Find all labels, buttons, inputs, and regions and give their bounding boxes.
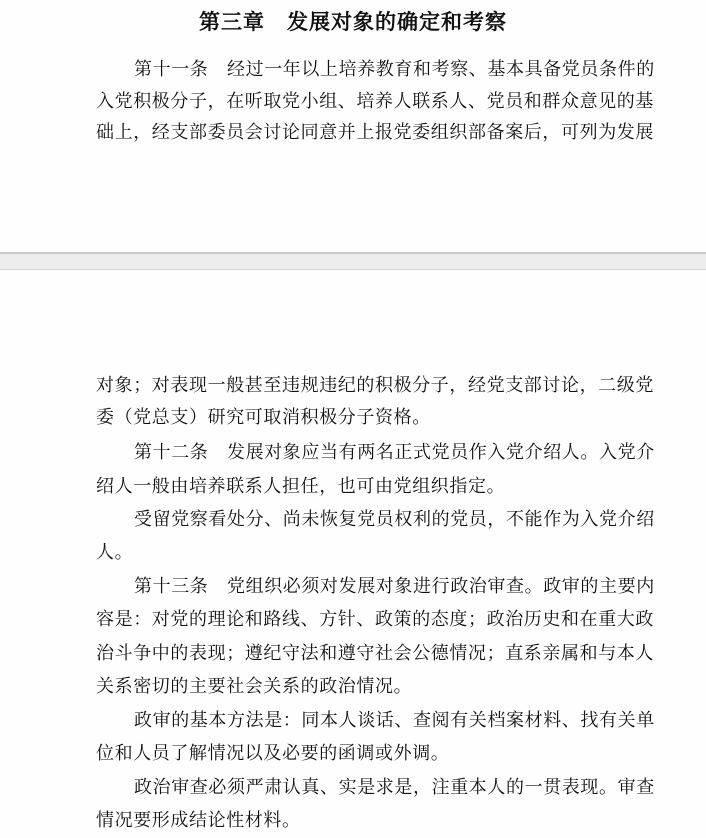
document-page-2: 对象；对表现一般甚至违规违纪的积极分子，经党支部讨论，二级党 委（党总支）研究可… bbox=[0, 270, 706, 838]
article-13-line-1: 第十三条 党组织必须对发展对象进行政治审查。政审的主要内 bbox=[134, 573, 652, 601]
page-break-separator bbox=[0, 252, 706, 270]
article-13-para3-line-2: 情况要形成结论性材料。 bbox=[96, 807, 652, 835]
article-12-para2-line-2: 人。 bbox=[96, 539, 652, 567]
article-12-line-2: 绍人一般由培养联系人担任，也可由党组织指定。 bbox=[96, 473, 652, 501]
article-13-line-2: 容是：对党的理论和路线、方针、政策的态度；政治历史和在重大政 bbox=[96, 606, 652, 634]
article-11-line-2: 入党积极分子，在听取党小组、培养人联系人、党员和群众意见的基 bbox=[96, 88, 652, 116]
article-12-para2-line-1: 受留党察看处分、尚未恢复党员权利的党员，不能作为入党介绍 bbox=[134, 506, 652, 534]
article-11-line-1: 第十一条 经过一年以上培养教育和考察、基本具备党员条件的 bbox=[134, 56, 652, 84]
article-13-para2-line-1: 政审的基本方法是：同本人谈话、查阅有关档案材料、找有关单 bbox=[134, 707, 652, 735]
article-12-line-1: 第十二条 发展对象应当有两名正式党员作入党介绍人。入党介 bbox=[134, 439, 652, 467]
article-13-para3-line-1: 政治审查必须严肃认真、实是求是，注重本人的一贯表现。审查 bbox=[134, 774, 652, 802]
article-11-line-5: 委（党总支）研究可取消积极分子资格。 bbox=[96, 404, 652, 432]
document-page-1: 第三章 发展对象的确定和考察 第十一条 经过一年以上培养教育和考察、基本具备党员… bbox=[0, 0, 706, 252]
article-13-line-4: 关系密切的主要社会关系的政治情况。 bbox=[96, 673, 652, 701]
article-13-para2-line-2: 位和人员了解情况以及必要的函调或外调。 bbox=[96, 740, 652, 768]
article-11-line-4: 对象；对表现一般甚至违规违纪的积极分子，经党支部讨论，二级党 bbox=[96, 372, 652, 400]
article-11-line-3: 础上，经支部委员会讨论同意并上报党委组织部备案后，可列为发展 bbox=[96, 119, 652, 147]
chapter-title: 第三章 发展对象的确定和考察 bbox=[0, 8, 706, 36]
article-13-line-3: 治斗争中的表现；遵纪守法和遵守社会公德情况；直系亲属和与本人 bbox=[96, 640, 652, 668]
